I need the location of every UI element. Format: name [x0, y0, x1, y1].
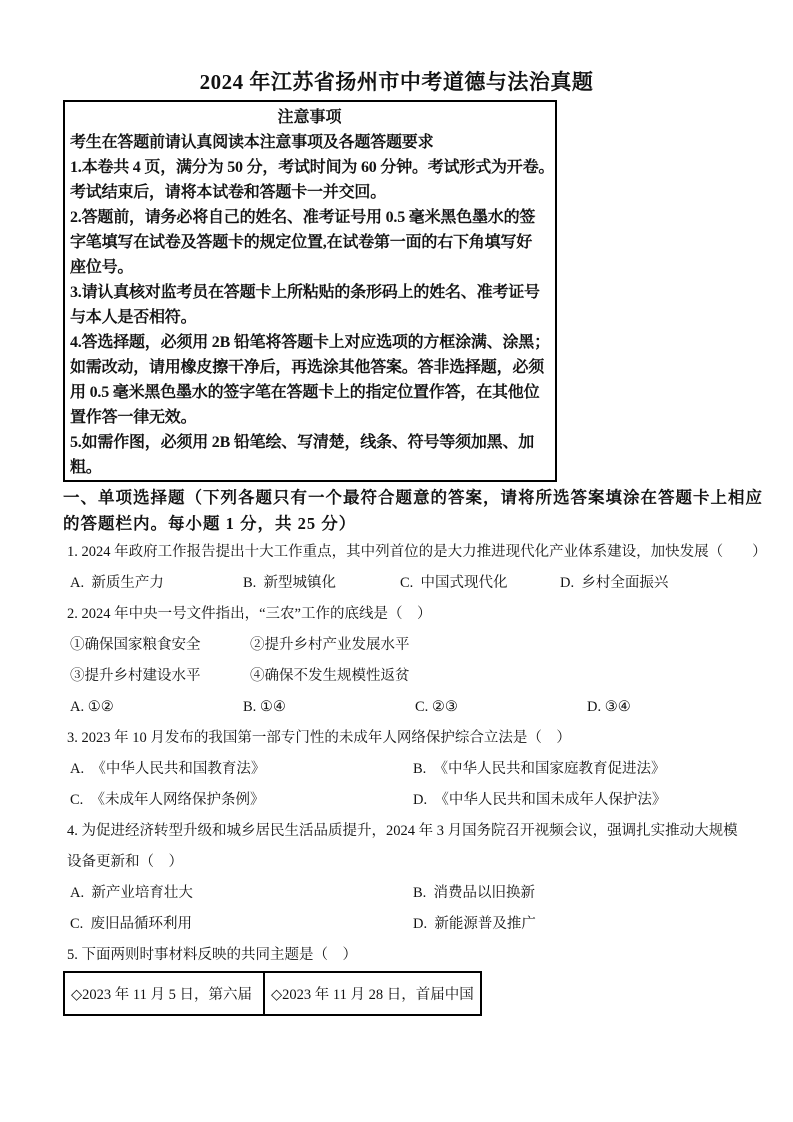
- question-4-option-a: A. 新产业培育壮大: [70, 878, 413, 909]
- notice-line: 如需改动，请用橡皮擦干净后，再选涂其他答案。答非选择题，必须: [70, 355, 549, 380]
- question-2-options: A. ①② B. ①④ C. ②③ D. ③④: [63, 692, 769, 723]
- question-1-option-d: D. 乡村全面振兴: [560, 568, 769, 599]
- question-4: 4. 为促进经济转型升级和城乡居民生活品质提升，2024 年 3 月国务院召开视…: [63, 816, 769, 940]
- question-4-options-row-1: A. 新产业培育壮大 B. 消费品以旧换新: [63, 878, 769, 909]
- question-3-option-a: A. 《中华人民共和国教育法》: [70, 754, 413, 785]
- question-1-option-a: A. 新质生产力: [70, 568, 243, 599]
- question-3-option-d: D. 《中华人民共和国未成年人保护法》: [413, 785, 769, 816]
- question-4-text-line-1: 4. 为促进经济转型升级和城乡居民生活品质提升，2024 年 3 月国务院召开视…: [63, 816, 769, 847]
- question-2-statement-4: ④确保不发生规模性返贫: [250, 661, 769, 692]
- question-4-text-line-2: 设备更新和（ ）: [63, 847, 769, 878]
- question-3-options-row-2: C. 《未成年人网络保护条例》 D. 《中华人民共和国未成年人保护法》: [63, 785, 769, 816]
- notice-line: 考生在答题前请认真阅读本注意事项及各题答题要求: [70, 130, 549, 155]
- section-heading-line: 的答题栏内。每小题 1 分，共 25 分）: [63, 511, 769, 537]
- notice-line: 3.请认真核对监考员在答题卡上所粘贴的条形码上的姓名、准考证号: [70, 280, 549, 305]
- notice-line: 1.本卷共 4 页，满分为 50 分，考试时间为 60 分钟。考试形式为开卷。: [70, 155, 549, 180]
- notice-line: 字笔填写在试卷及答题卡的规定位置,在试卷第一面的右下角填写好: [70, 230, 549, 255]
- question-1-option-b: B. 新型城镇化: [243, 568, 400, 599]
- notice-line: 粗。: [70, 455, 549, 480]
- question-2-option-c: C. ②③: [415, 692, 587, 723]
- notice-line: 5.如需作图，必须用 2B 铅笔绘、写清楚，线条、符号等须加黑、加: [70, 430, 549, 455]
- question-1-option-c: C. 中国式现代化: [400, 568, 560, 599]
- question-4-option-c: C. 废旧品循环利用: [70, 909, 413, 940]
- question-2-statements-row-2: ③提升乡村建设水平 ④确保不发生规模性返贫: [63, 661, 769, 692]
- question-2-option-a: A. ①②: [70, 692, 243, 723]
- question-4-option-b: B. 消费品以旧换新: [413, 878, 769, 909]
- table-row: ◇2023 年 11 月 5 日，第六届 ◇2023 年 11 月 28 日，首…: [64, 972, 481, 1015]
- question-1-text: 1. 2024 年政府工作报告提出十大工作重点，其中列首位的是大力推进现代化产业…: [63, 537, 769, 568]
- notice-line: 2.答题前，请务必将自己的姓名、准考证号用 0.5 毫米黑色墨水的签: [70, 205, 549, 230]
- question-3-option-c: C. 《未成年人网络保护条例》: [70, 785, 413, 816]
- question-3-text: 3. 2023 年 10 月发布的我国第一部专门性的未成年人网络保护综合立法是（…: [63, 723, 769, 754]
- question-3-option-b: B. 《中华人民共和国家庭教育促进法》: [413, 754, 769, 785]
- question-2-statement-3: ③提升乡村建设水平: [70, 661, 250, 692]
- question-3: 3. 2023 年 10 月发布的我国第一部专门性的未成年人网络保护综合立法是（…: [63, 723, 769, 816]
- question-2-option-b: B. ①④: [243, 692, 415, 723]
- question-1-options: A. 新质生产力 B. 新型城镇化 C. 中国式现代化 D. 乡村全面振兴: [63, 568, 769, 599]
- question-5-material-2: ◇2023 年 11 月 28 日，首届中国: [264, 972, 481, 1015]
- notice-line: 考试结束后，请将本试卷和答题卡一并交回。: [70, 180, 549, 205]
- questions-area: 一、单项选择题（下列各题只有一个最符合题意的答案，请将所选答案填涂在答题卡上相应…: [63, 485, 769, 1016]
- question-5-text: 5. 下面两则时事材料反映的共同主题是（ ）: [63, 940, 769, 971]
- question-2-statement-2: ②提升乡村产业发展水平: [250, 630, 769, 661]
- notice-line: 座位号。: [70, 255, 549, 280]
- notice-line: 置作答一律无效。: [70, 405, 549, 430]
- notice-line: 与本人是否相符。: [70, 305, 549, 330]
- question-5-materials-table: ◇2023 年 11 月 5 日，第六届 ◇2023 年 11 月 28 日，首…: [63, 971, 482, 1016]
- question-2: 2. 2024 年中央一号文件指出，“三农”工作的底线是（ ） ①确保国家粮食安…: [63, 599, 769, 723]
- question-2-statements-row-1: ①确保国家粮食安全 ②提升乡村产业发展水平: [63, 630, 769, 661]
- notice-title: 注意事项: [70, 105, 549, 130]
- exam-paper-page: 2024 年江苏省扬州市中考道德与法治真题 注意事项 考生在答题前请认真阅读本注…: [0, 0, 793, 1122]
- question-5: 5. 下面两则时事材料反映的共同主题是（ ） ◇2023 年 11 月 5 日，…: [63, 940, 769, 1016]
- question-5-material-1: ◇2023 年 11 月 5 日，第六届: [64, 972, 264, 1015]
- question-4-options-row-2: C. 废旧品循环利用 D. 新能源普及推广: [63, 909, 769, 940]
- page-title: 2024 年江苏省扬州市中考道德与法治真题: [0, 0, 793, 98]
- notice-line: 4.答选择题，必须用 2B 铅笔将答题卡上对应选项的方框涂满、涂黑；: [70, 330, 549, 355]
- question-2-option-d: D. ③④: [587, 692, 769, 723]
- question-1: 1. 2024 年政府工作报告提出十大工作重点，其中列首位的是大力推进现代化产业…: [63, 537, 769, 599]
- question-2-text: 2. 2024 年中央一号文件指出，“三农”工作的底线是（ ）: [63, 599, 769, 630]
- question-2-statement-1: ①确保国家粮食安全: [70, 630, 250, 661]
- section-heading-line: 一、单项选择题（下列各题只有一个最符合题意的答案，请将所选答案填涂在答题卡上相应: [63, 485, 769, 511]
- question-3-options-row-1: A. 《中华人民共和国教育法》 B. 《中华人民共和国家庭教育促进法》: [63, 754, 769, 785]
- question-4-option-d: D. 新能源普及推广: [413, 909, 769, 940]
- notice-box: 注意事项 考生在答题前请认真阅读本注意事项及各题答题要求 1.本卷共 4 页，满…: [63, 100, 557, 482]
- notice-line: 用 0.5 毫米黑色墨水的签字笔在答题卡上的指定位置作答，在其他位: [70, 380, 549, 405]
- section-heading: 一、单项选择题（下列各题只有一个最符合题意的答案，请将所选答案填涂在答题卡上相应…: [63, 485, 769, 537]
